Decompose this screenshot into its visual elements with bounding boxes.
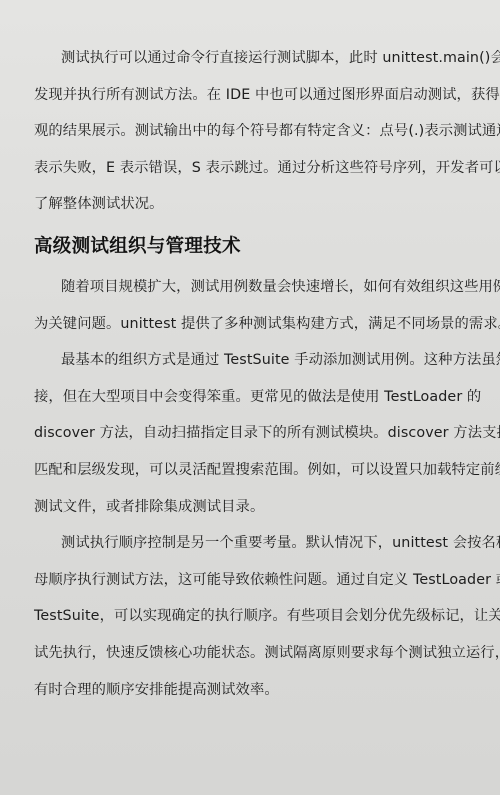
text-line: 发现并执行所有测试方法。在 IDE 中也可以通过图形界面启动测试，获得更直 <box>34 77 470 114</box>
text-line: 最基本的组织方式是通过 TestSuite 手动添加测试用例。这种方法虽然直 <box>34 342 470 379</box>
text-line: 试先执行，快速反馈核心功能状态。测试隔离原则要求每个测试独立运行，但 <box>34 635 470 672</box>
text-line: 测试执行可以通过命令行直接运行测试脚本，此时 unittest.main()会自… <box>34 40 470 77</box>
text-line: discover 方法，自动扫描指定目录下的所有测试模块。discover 方法… <box>34 415 470 452</box>
text-line: 匹配和层级发现，可以灵活配置搜索范围。例如，可以设置只加载特定前缀的 <box>34 452 470 489</box>
text-line: 观的结果展示。测试输出中的每个符号都有特定含义：点号(.)表示测试通过，F <box>34 113 470 150</box>
text-line: 有时合理的顺序安排能提高测试效率。 <box>34 672 470 709</box>
text-line: 为关键问题。unittest 提供了多种测试集构建方式，满足不同场景的需求。 <box>34 306 470 343</box>
paragraph-test-execution: 测试执行可以通过命令行直接运行测试脚本，此时 unittest.main()会自… <box>34 40 470 223</box>
section-heading: 高级测试组织与管理技术 <box>34 229 470 265</box>
text-line: 表示失败，E 表示错误，S 表示跳过。通过分析这些符号序列，开发者可以快速 <box>34 150 470 187</box>
paragraph-execution-order: 测试执行顺序控制是另一个重要考量。默认情况下，unittest 会按名称字 母顺… <box>34 525 470 708</box>
text-line: 随着项目规模扩大，测试用例数量会快速增长，如何有效组织这些用例成 <box>34 269 470 306</box>
document-page: 测试执行可以通过命令行直接运行测试脚本，此时 unittest.main()会自… <box>34 40 470 708</box>
paragraph-organization-intro: 随着项目规模扩大，测试用例数量会快速增长，如何有效组织这些用例成 为关键问题。u… <box>34 269 470 342</box>
text-line: TestSuite，可以实现确定的执行顺序。有些项目会划分优先级标记，让关键测 <box>34 598 470 635</box>
text-line: 测试文件，或者排除集成测试目录。 <box>34 489 470 526</box>
paragraph-testsuite-testloader: 最基本的组织方式是通过 TestSuite 手动添加测试用例。这种方法虽然直 接… <box>34 342 470 525</box>
text-line: 母顺序执行测试方法，这可能导致依赖性问题。通过自定义 TestLoader 或 <box>34 562 470 599</box>
text-line: 接，但在大型项目中会变得笨重。更常见的做法是使用 TestLoader 的 <box>34 379 470 416</box>
text-line: 测试执行顺序控制是另一个重要考量。默认情况下，unittest 会按名称字 <box>34 525 470 562</box>
text-line: 了解整体测试状况。 <box>34 186 470 223</box>
